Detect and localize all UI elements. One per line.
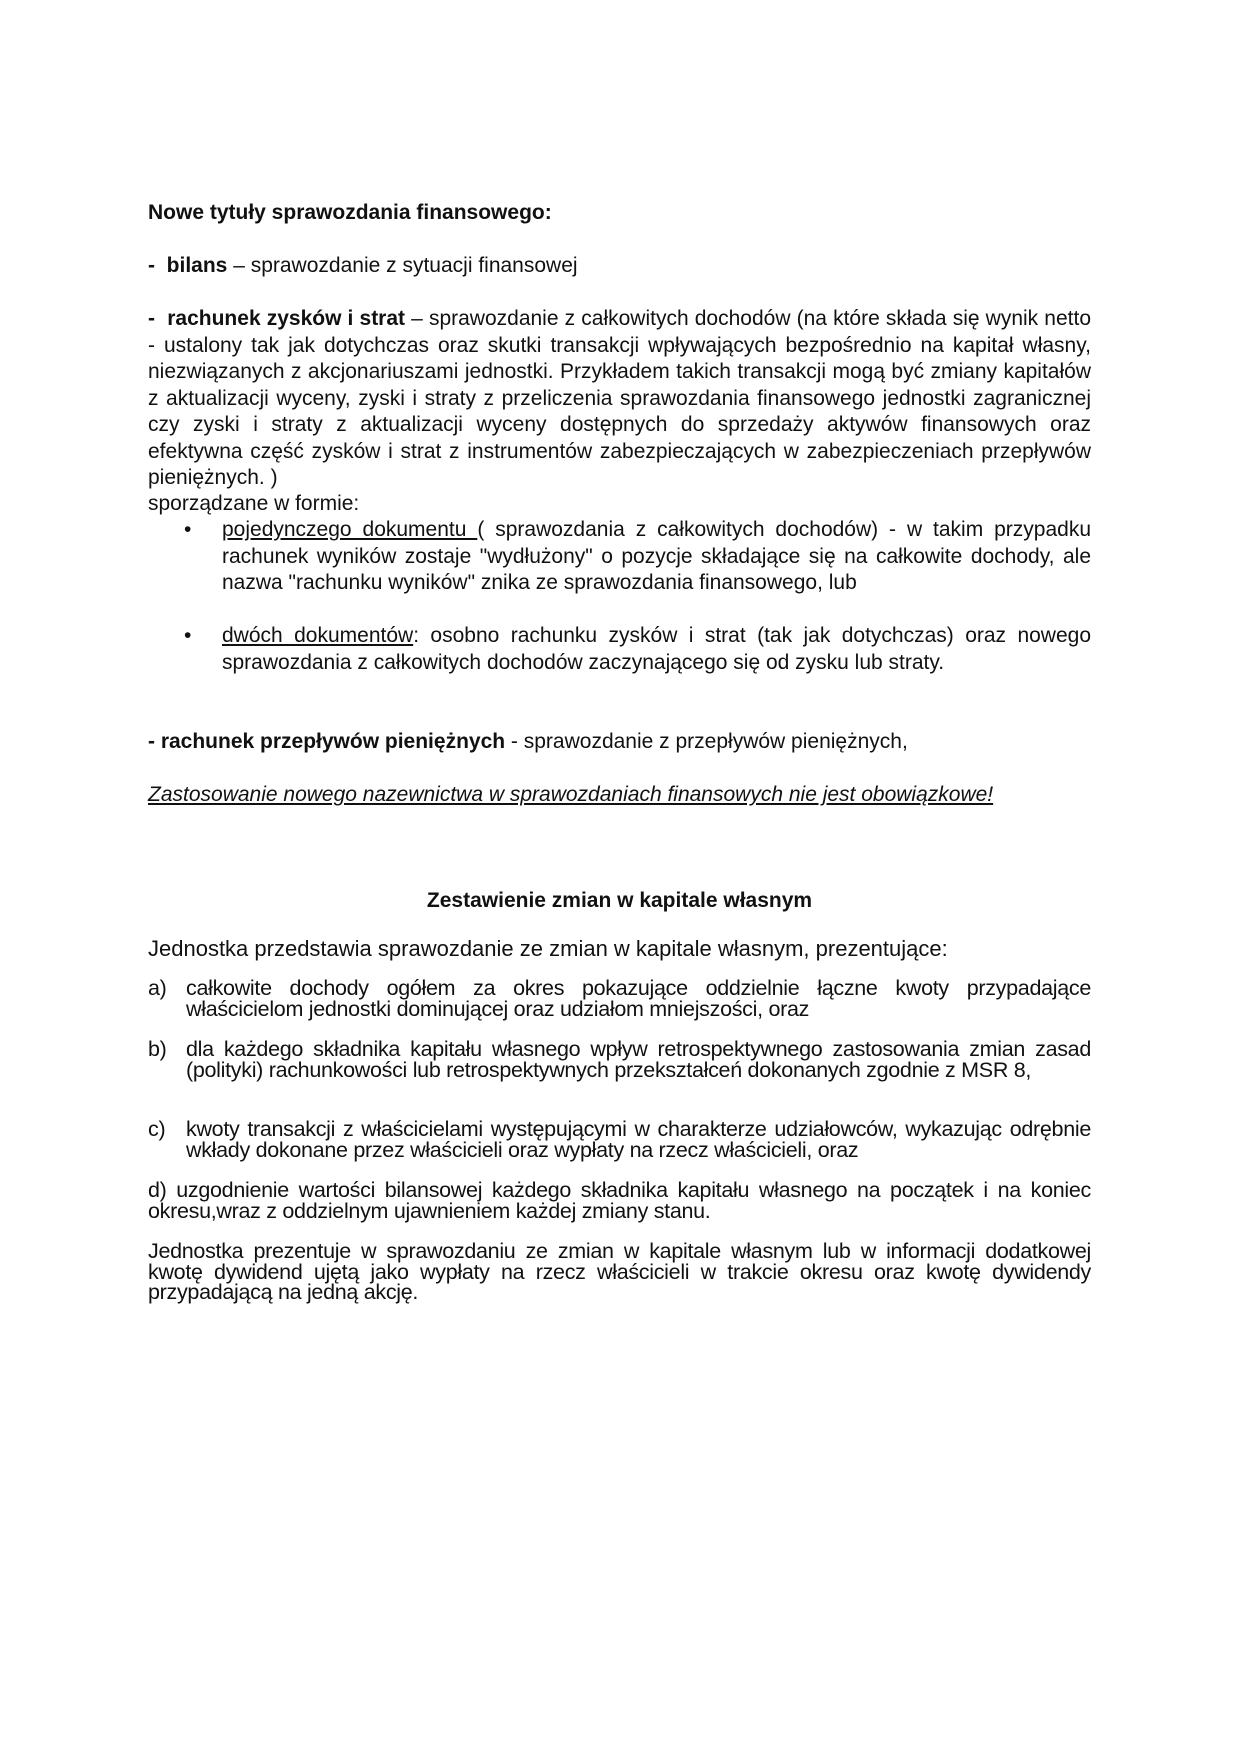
rachunek-item: - rachunek zysków i strat – sprawozdanie…: [148, 306, 1091, 492]
list-label: a): [148, 978, 167, 999]
list-item-d: d) uzgodnienie wartości bilansowej każde…: [148, 1180, 1091, 1221]
document-page: Nowe tytuły sprawozdania finansowego: - …: [0, 0, 1240, 1754]
rachunek-definition: – sprawozdanie z całkowitych dochodów (n…: [148, 307, 1091, 489]
list-item-c: c) kwoty transakcji z właścicielami wyst…: [148, 1119, 1091, 1161]
list-label: b): [148, 1039, 167, 1060]
bilans-definition: – sprawozdanie z sytuacji finansowej: [227, 254, 577, 277]
list-item-a: a) całkowite dochody ogółem za okres pok…: [148, 978, 1091, 1020]
bullet-item-two-documents: • dwóch dokumentów: osobno rachunku zysk…: [222, 623, 1091, 676]
closing-paragraph: Jednostka prezentuje w sprawozdaniu ze z…: [148, 1241, 1091, 1303]
list-label: c): [148, 1119, 165, 1140]
dash: -: [148, 307, 155, 330]
section-heading: Nowe tytuły sprawozdania finansowego:: [148, 200, 1091, 227]
section2-intro: Jednostka przedstawia sprawozdanie ze zm…: [148, 936, 1091, 963]
przeplywy-definition: - sprawozdanie z przepływów pieniężnych,: [505, 730, 908, 753]
note-not-mandatory: Zastosowanie nowego nazewnictwa w sprawo…: [148, 782, 1091, 809]
przeplywy-item: - rachunek przepływów pieniężnych - spra…: [148, 729, 1091, 756]
bilans-term: bilans: [167, 254, 228, 277]
bullet-icon: •: [184, 517, 191, 544]
list-text: dla każdego składnika kapitału własnego …: [186, 1039, 1091, 1080]
dash: -: [148, 254, 155, 277]
bullet-item-single-document: • pojedynczego dokumentu ( sprawozdania …: [222, 517, 1091, 597]
bullet-icon: •: [184, 623, 191, 650]
section2-heading: Zestawienie zmian w kapitale własnym: [148, 888, 1091, 915]
bullet-term: dwóch dokumentów: [222, 624, 413, 647]
list-text: kwoty transakcji z właścicielami występu…: [186, 1119, 1091, 1160]
przeplywy-term: - rachunek przepływów pieniężnych: [148, 730, 505, 753]
form-intro: sporządzane w formie:: [148, 491, 1091, 518]
rachunek-term: rachunek zysków i strat: [167, 307, 405, 330]
bilans-item: - bilans – sprawozdanie z sytuacji finan…: [148, 253, 1091, 280]
list-item-b: b) dla każdego składnika kapitału własne…: [148, 1039, 1091, 1101]
list-text: całkowite dochody ogółem za okres pokazu…: [186, 978, 1091, 1019]
bullet-term: pojedynczego dokumentu: [222, 518, 477, 541]
